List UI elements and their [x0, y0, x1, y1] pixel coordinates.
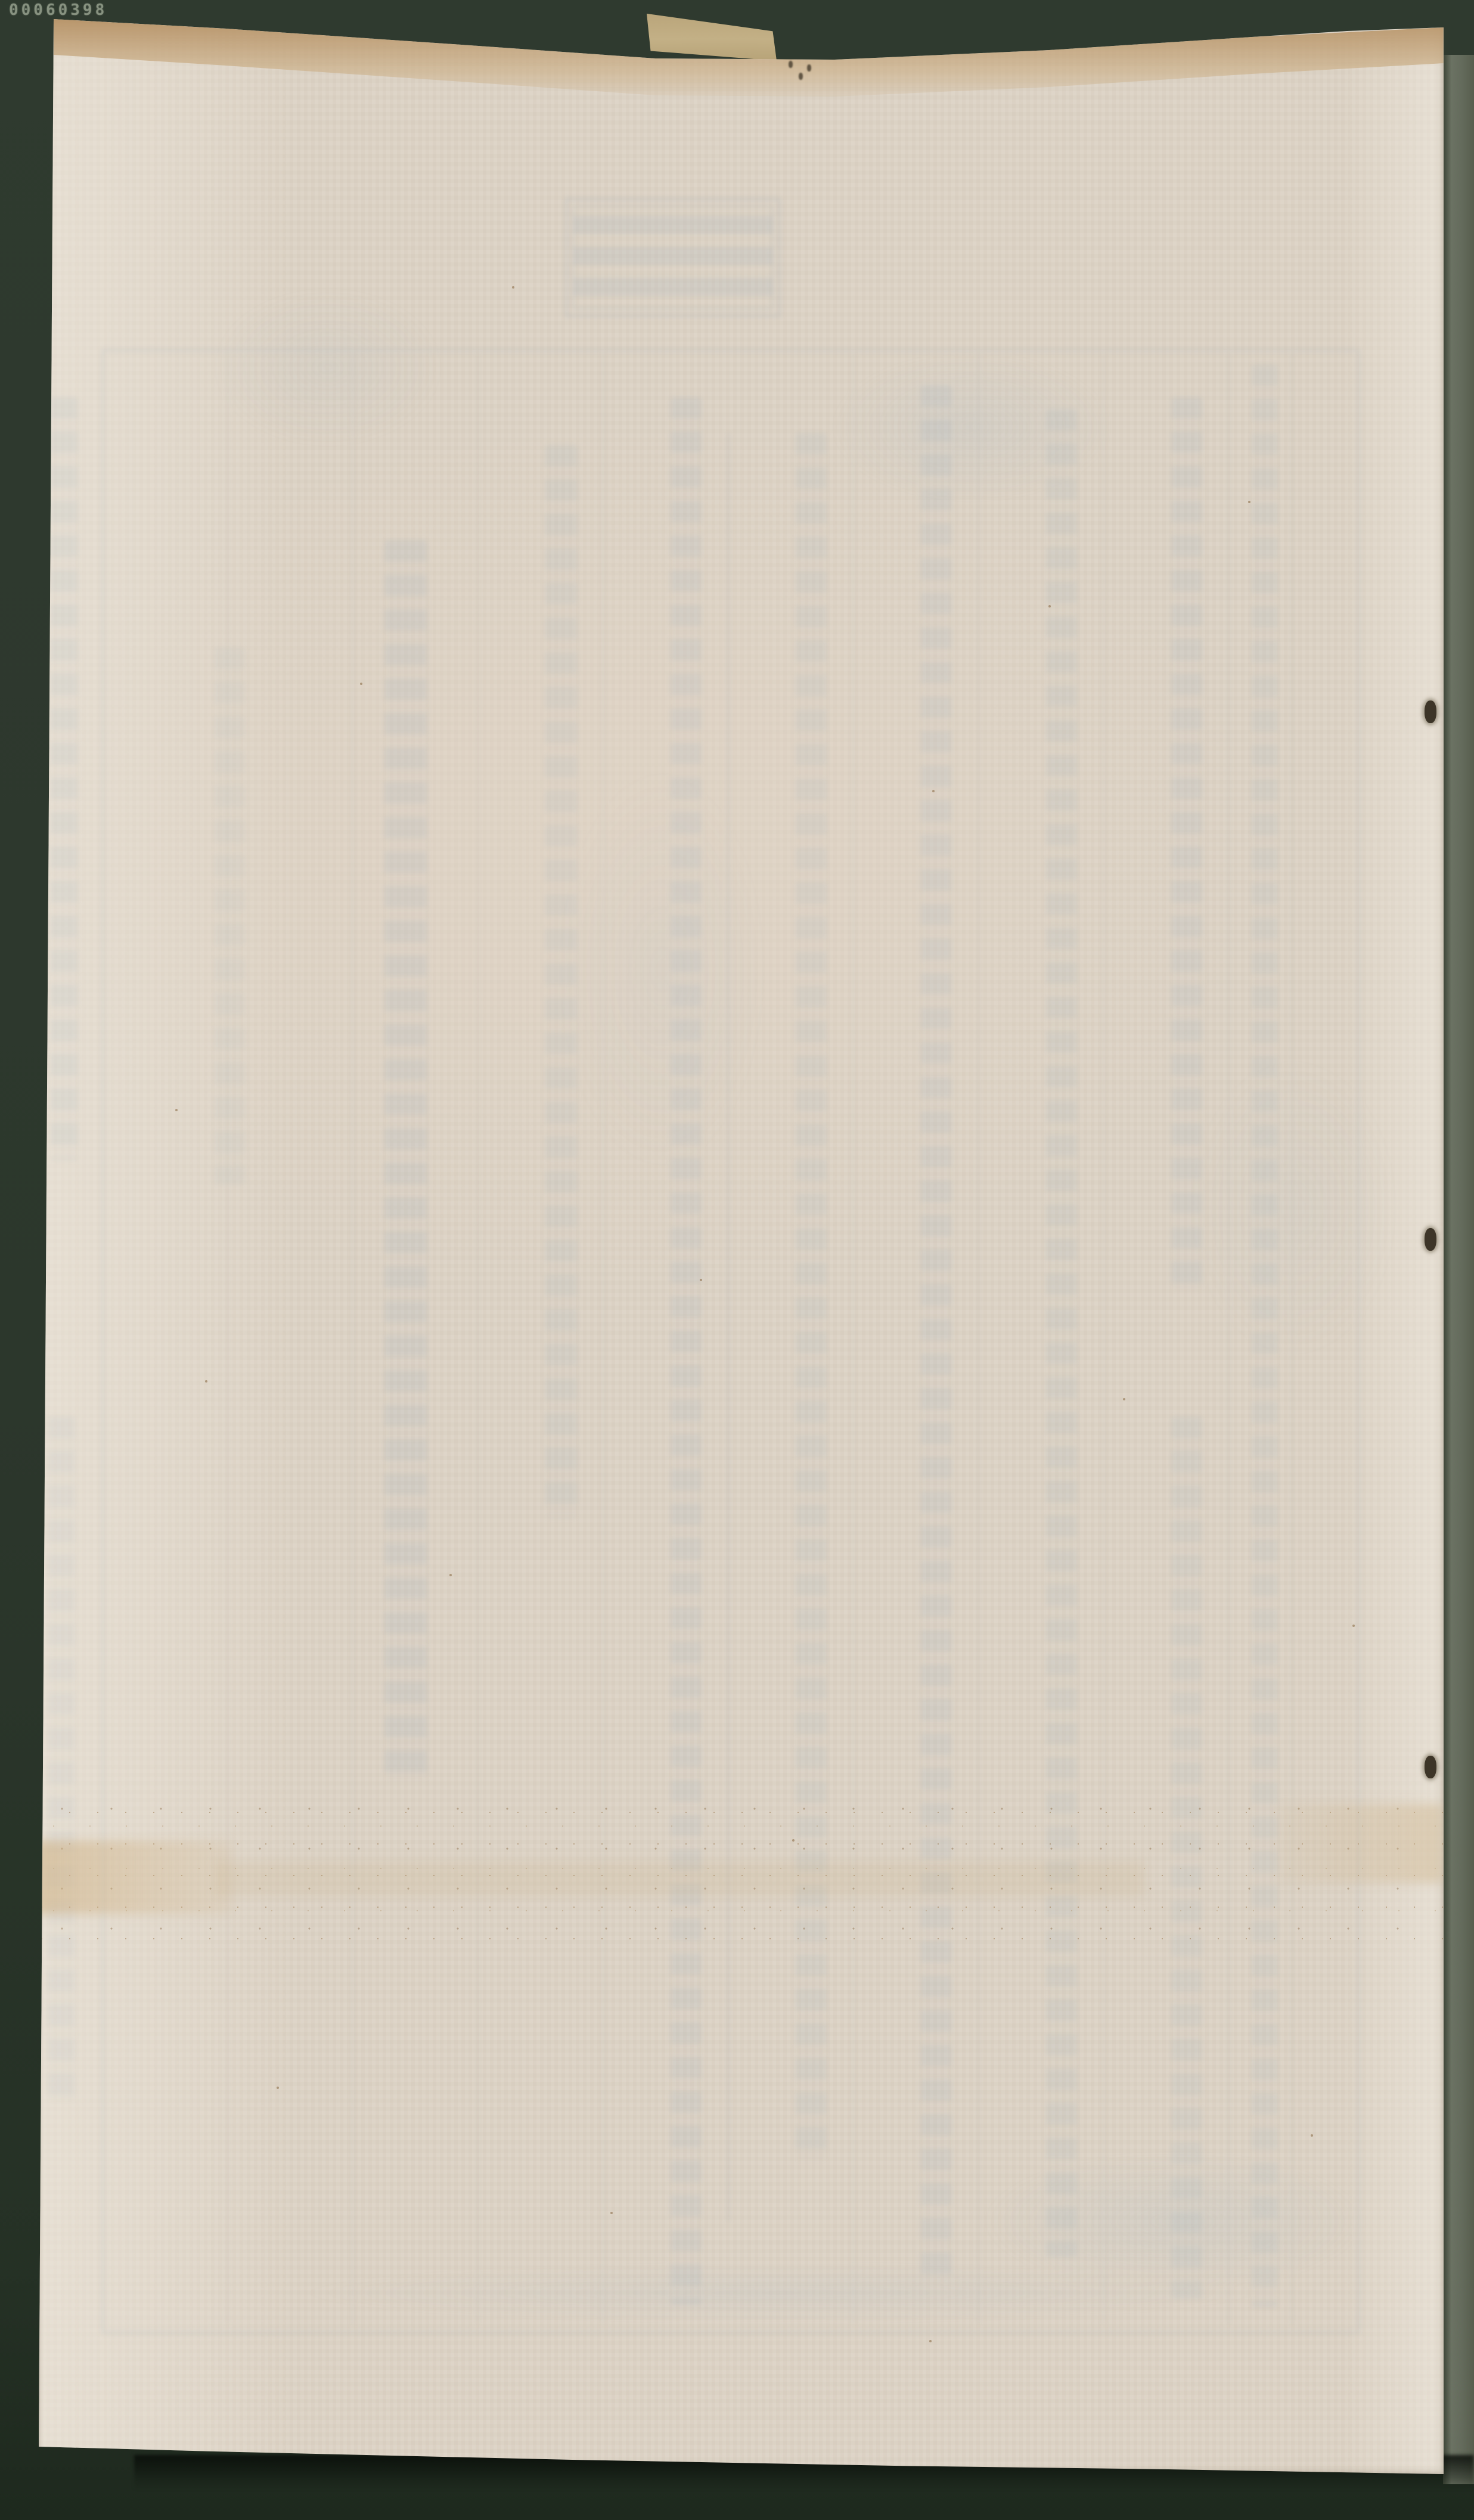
column-rule-line: [852, 352, 855, 2324]
book-cover-edge-strip: [1443, 55, 1474, 2484]
bleedthrough-blotch: [536, 731, 787, 1208]
bleedthrough-column: [1046, 409, 1077, 2257]
column-rule-line: [727, 433, 730, 2221]
bleedthrough-column: [921, 385, 952, 2281]
column-rule-line: [1103, 352, 1105, 2324]
bleedthrough-blotch: [191, 272, 465, 463]
scanned-book-photo: 00060398: [0, 0, 1474, 2520]
bleedthrough-column: [48, 1416, 75, 2102]
bleedthrough-layer: [36, 16, 1444, 2474]
bleedthrough-column: [384, 540, 427, 1780]
column-rule-line: [477, 352, 479, 2324]
stitch-hole: [1425, 700, 1436, 723]
page-corner-tab: [647, 6, 777, 61]
bleedthrough-blotch: [215, 2257, 1347, 2329]
scanner-id-label: 00060398: [9, 1, 107, 19]
tan-smudge-middle: [215, 1861, 1144, 1896]
bleedthrough-column: [215, 647, 244, 1184]
tan-smudge-right: [1278, 1804, 1442, 1883]
tan-smudge-left: [36, 1841, 232, 1914]
bleedthrough-cartouche: [565, 198, 781, 317]
stitch-hole: [1425, 1756, 1436, 1778]
column-rule-line: [352, 352, 354, 2324]
bleedthrough-blotch: [1168, 1029, 1419, 1387]
book-page: [36, 16, 1444, 2474]
bleedthrough-column: [51, 397, 78, 1160]
bleedthrough-column: [671, 397, 702, 2305]
column-rule-line: [978, 352, 980, 2324]
bleedthrough-blotch: [805, 337, 1138, 516]
column-rule-line: [602, 352, 604, 2324]
stitch-hole: [1425, 1228, 1436, 1251]
